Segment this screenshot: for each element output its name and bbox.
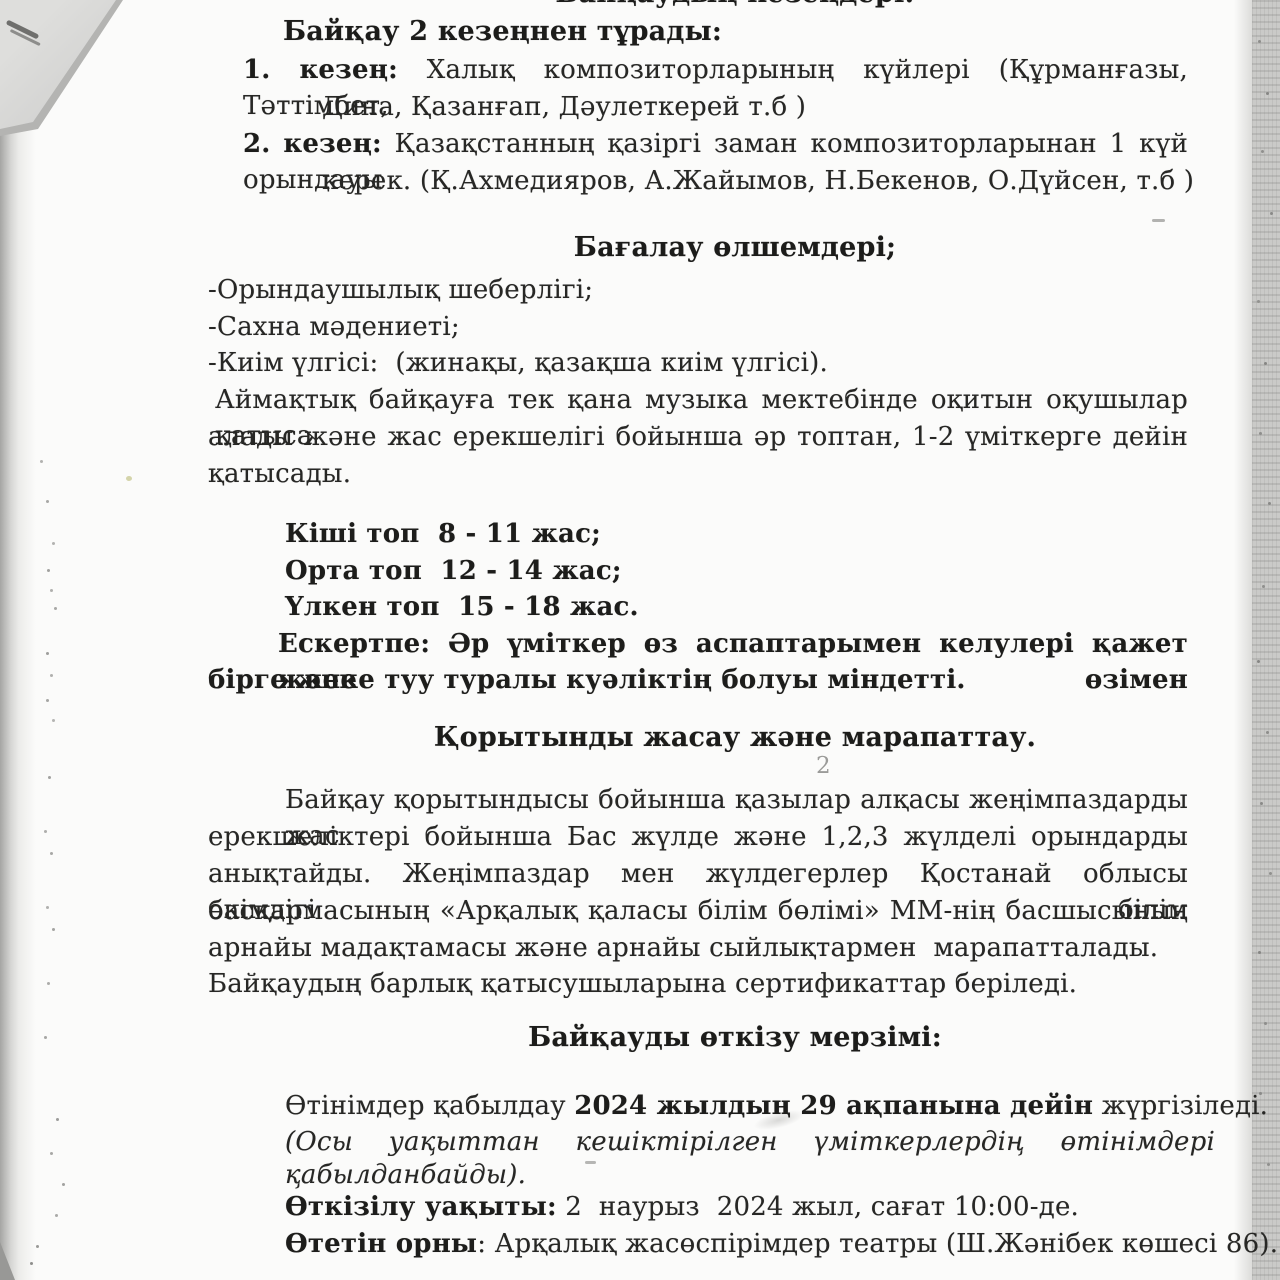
results-title: Қорытынды жасау және марапаттау. (190, 720, 1280, 756)
stage-2-number: 2. (243, 129, 271, 159)
schedule-note-2: қабылданбайды). (285, 1157, 526, 1193)
criteria-para-3: қатысады. (208, 456, 351, 492)
results-para-6: Байқаудың барлық қатысушыларына сертифик… (208, 966, 1077, 1002)
right-edge-specks (0, 0, 3, 3)
schedule-time: Өткізілу уақыты: 2 наурыз 2024 жыл, саға… (285, 1189, 1079, 1225)
criteria-line-2: -Сахна мәдениеті; (208, 309, 460, 345)
criteria-title: Бағалау өлшемдері; (190, 230, 1280, 266)
results-para-4: басқармасының «Арқалық қаласы білім бөлі… (208, 893, 1188, 929)
deadline-pre: Өтінімдер қабылдау (285, 1091, 574, 1121)
page-title-clipped: Байқаудың кезеңдері: (190, 0, 1280, 12)
time-label: Өткізілу уақыты: (285, 1192, 557, 1222)
criteria-para-2: алады және жас ерекшелігі бойынша әр топ… (208, 419, 1188, 455)
faint-digit-artifact: 2 (816, 753, 831, 779)
faint-dash-artifact (1152, 219, 1165, 222)
schedule-title: Байқауды өткізу мерзімі: (190, 1020, 1280, 1056)
stages-title: Байқау 2 кезеңнен тұрады: (283, 14, 722, 50)
faint-dash-artifact (585, 1161, 596, 1164)
schedule-note-1: (Осы уақыттан кешіктірілген үміткерлерді… (285, 1124, 1215, 1160)
stage-1-label: кезең: (299, 55, 397, 85)
stage-2-label: кезең: (283, 129, 381, 159)
schedule-venue: Өтетін орны: Арқалық жасөспірімдер театр… (285, 1226, 1278, 1262)
results-para-5: арнайы мадақтамасы және арнайы сыйлықтар… (208, 930, 1158, 966)
results-para-2: ерекшеліктері бойынша Бас жүлде және 1,2… (208, 819, 1188, 855)
deadline-date: 2024 жылдың 29 ақпанына дейін (574, 1091, 1093, 1121)
paper-speck (126, 476, 132, 481)
deadline-post: жүргізіледі. (1093, 1091, 1268, 1121)
note-line-2: бірге жеке туу туралы куәліктің болуы мі… (208, 662, 966, 698)
stage-1-number: 1. (243, 55, 271, 85)
stage-item-2-cont: керек. (Қ.Ахмедияров, А.Жайымов, Н.Бекен… (322, 163, 1194, 199)
group-middle: Орта топ 12 - 14 жас; (285, 553, 622, 589)
group-senior: Үлкен топ 15 - 18 жас. (285, 589, 639, 625)
scanned-page: 2 Байқаудың кезеңдері: Байқау 2 кезеңнен… (0, 0, 1280, 1280)
stage-item-1-cont: Дина, Қазанғап, Дәулеткерей т.б ) (322, 89, 806, 125)
schedule-deadline: Өтінімдер қабылдау 2024 жылдың 29 ақпаны… (285, 1088, 1268, 1124)
venue-label: Өтетін орны (285, 1229, 477, 1259)
group-junior: Кіші топ 8 - 11 жас; (285, 516, 601, 552)
criteria-line-1: -Орындаушылық шеберлігі; (208, 272, 593, 308)
venue-value: : Арқалық жасөспірімдер театры (Ш.Жәнібе… (477, 1229, 1278, 1259)
criteria-line-3: -Киім үлгісі: (жинақы, қазақша киім үлгі… (208, 345, 828, 381)
time-value: 2 наурыз 2024 жыл, сағат 10:00-де. (557, 1192, 1079, 1222)
left-scan-edge (0, 0, 36, 1280)
